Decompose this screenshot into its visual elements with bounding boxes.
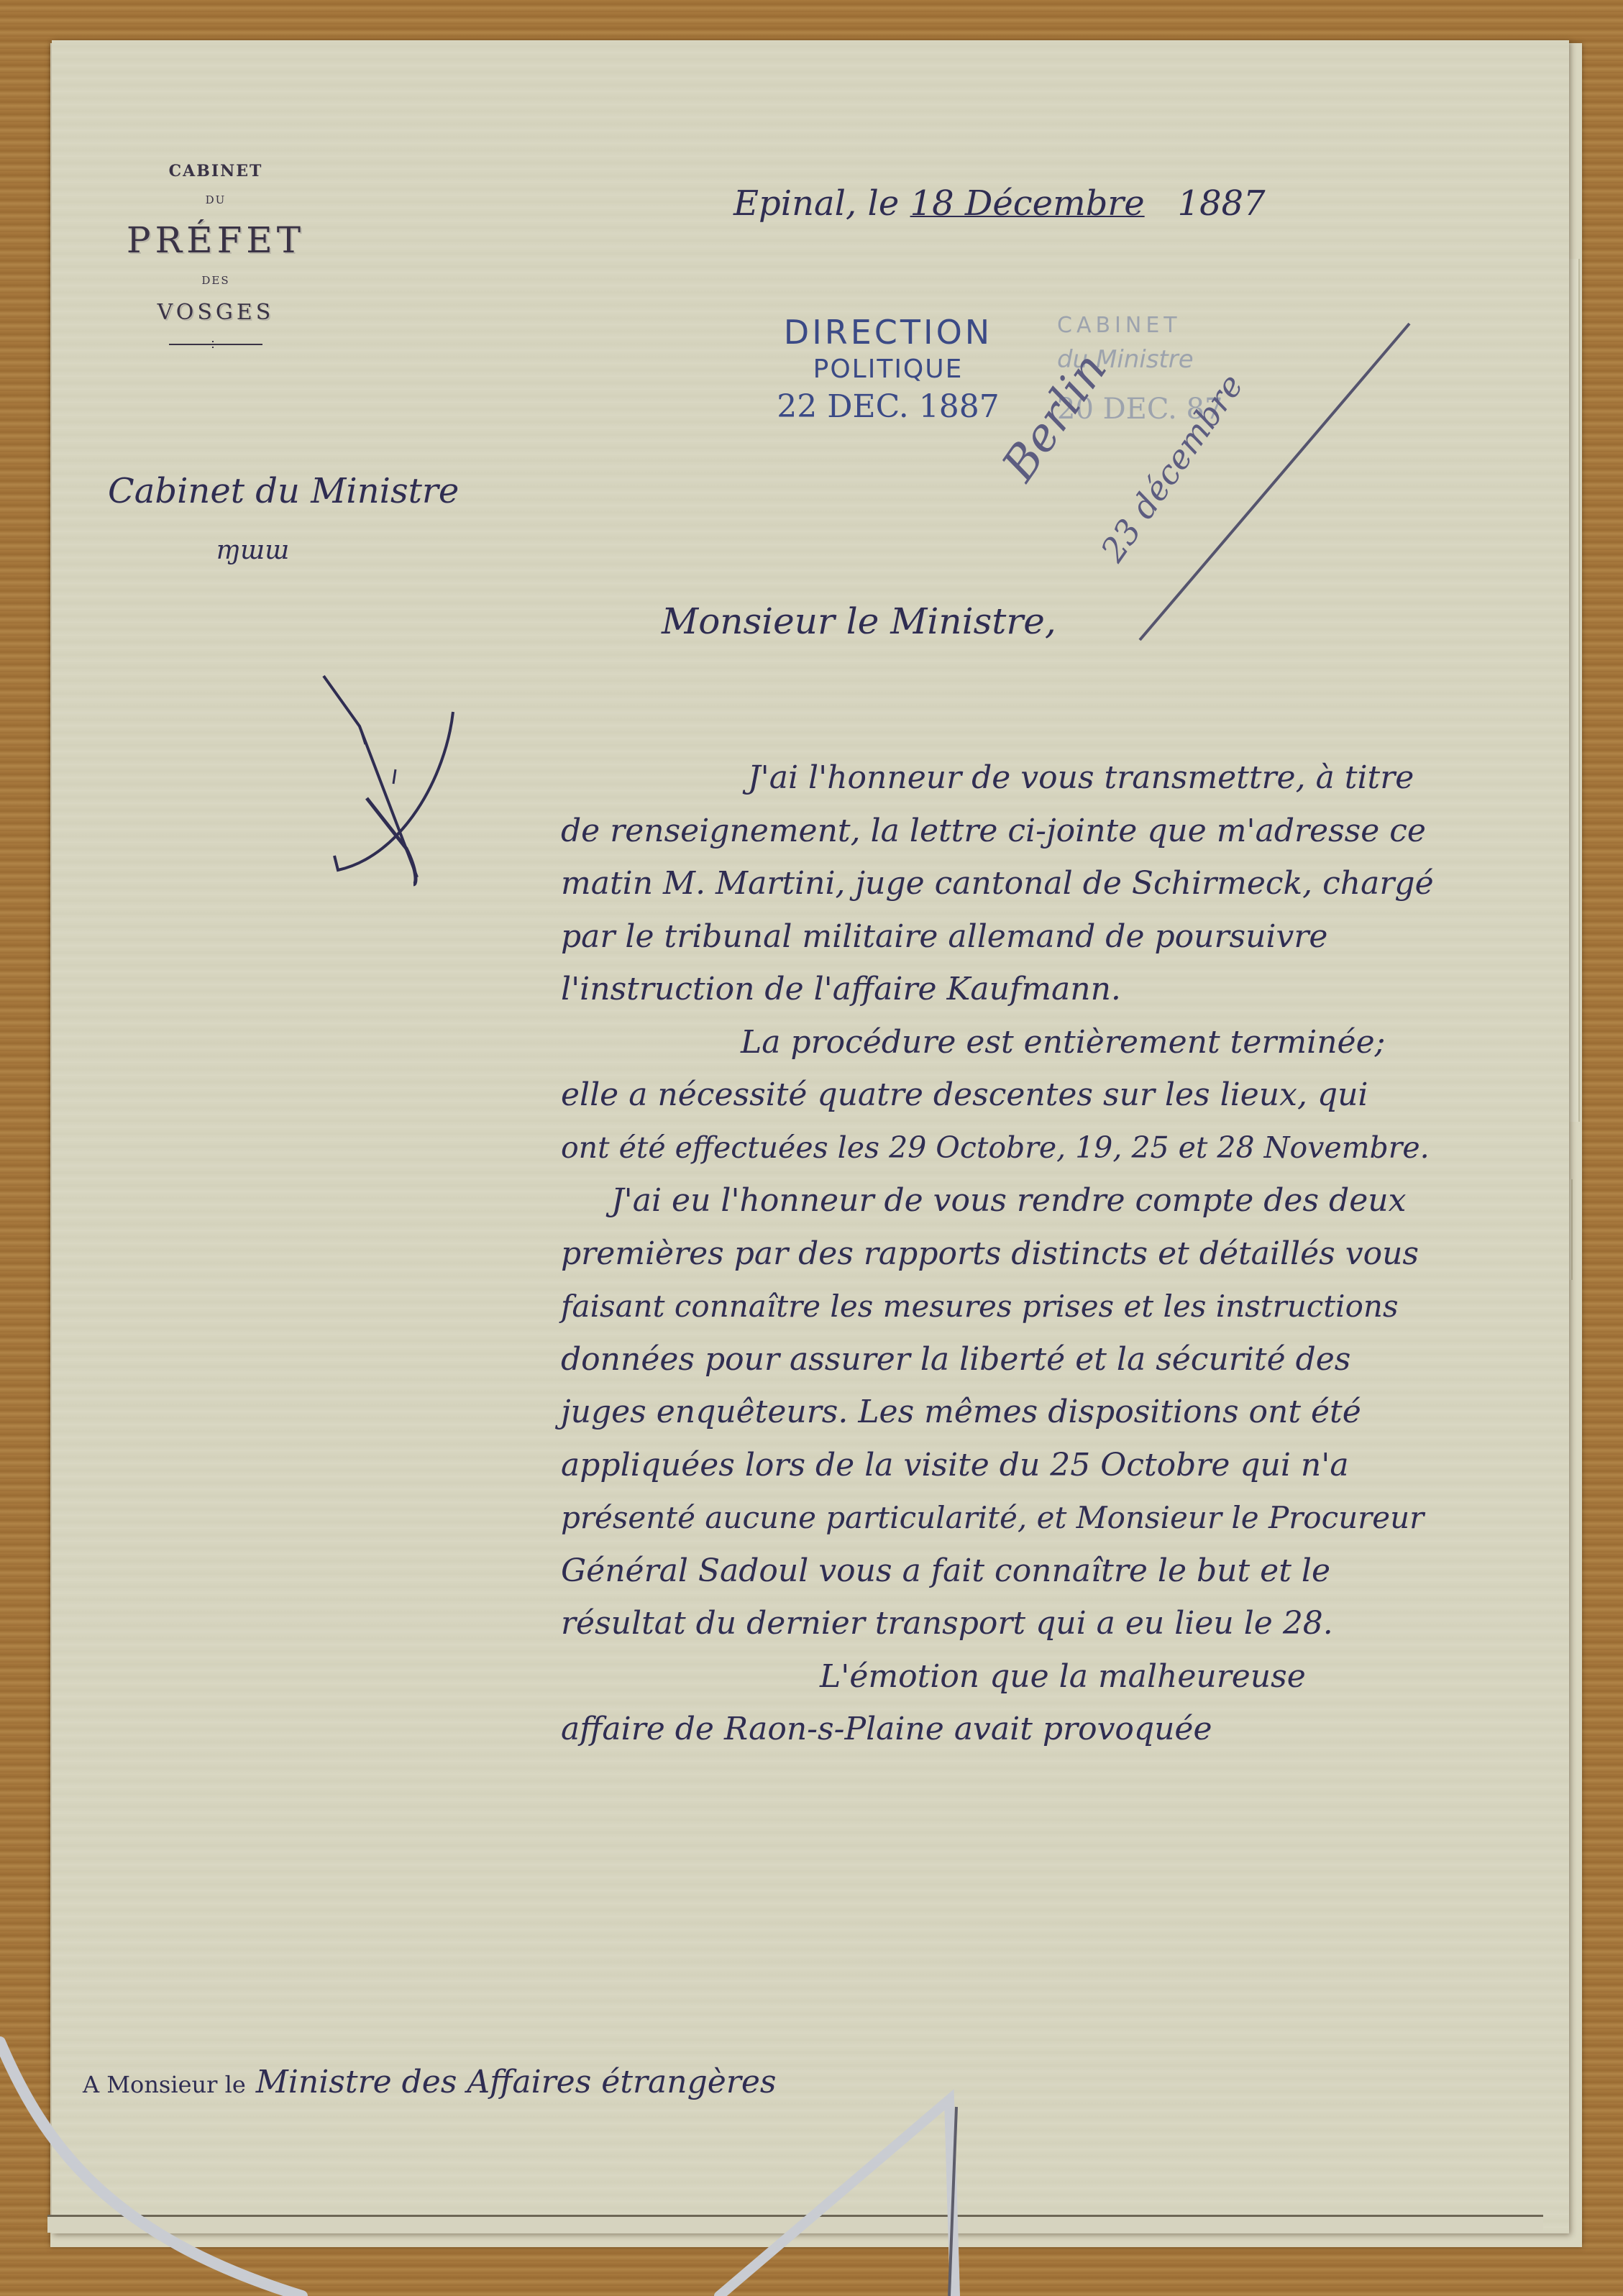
body-line: faisant connaître les mesures prises et … xyxy=(561,1280,1539,1333)
margin-note-flourish: ɱɯɯ xyxy=(216,536,289,565)
body-line: données pour assurer la liberté et la sé… xyxy=(561,1333,1539,1386)
body-line: matin M. Martini, juge cantonal de Schir… xyxy=(561,857,1539,910)
letterhead-cabinet: CABINET xyxy=(93,162,338,180)
letterhead: CABINET DU PRÉFET DES VOSGES xyxy=(93,162,338,348)
margin-note-cabinet: Cabinet du Ministre xyxy=(108,471,459,511)
letterhead-prefet: PRÉFET xyxy=(93,219,338,261)
dateline: Epinal, le 18 Décembre 1887 xyxy=(733,183,1266,224)
body-line: résultat du dernier transport qui a eu l… xyxy=(561,1597,1539,1650)
letterhead-vosges: VOSGES xyxy=(93,300,338,325)
body-line: l'instruction de l'affaire Kaufmann. xyxy=(561,963,1539,1016)
addressee-handwritten: Ministre des Affaires étrangères xyxy=(256,2064,777,2100)
body-line: ont été effectuées les 29 Octobre, 19, 2… xyxy=(561,1122,1539,1175)
body-line: elle a nécessité quatre descentes sur le… xyxy=(561,1069,1539,1122)
body-line: J'ai l'honneur de vous transmettre, à ti… xyxy=(561,751,1539,805)
body-line: par le tribunal militaire allemand de po… xyxy=(561,910,1539,964)
body-line: appliquées lors de la visite du 25 Octob… xyxy=(561,1439,1539,1492)
body-line: L'émotion que la malheureuse xyxy=(561,1650,1539,1703)
letter-body: J'ai l'honneur de vous transmettre, à ti… xyxy=(561,751,1539,1756)
dateline-day-month: 18 Décembre xyxy=(910,183,1145,224)
addressee-printed-prefix: A Monsieur le xyxy=(83,2071,246,2098)
stamp-cabinet-label: CABINET xyxy=(1057,313,1287,338)
body-line: affaire de Raon-s-Plaine avait provoquée xyxy=(561,1703,1539,1756)
ornament-rule-icon xyxy=(169,341,262,348)
dateline-year: 1887 xyxy=(1177,183,1265,224)
body-line: Général Sadoul vous a fait connaître le … xyxy=(561,1545,1539,1598)
dateline-place: Epinal, le xyxy=(733,183,899,224)
body-line: La procédure est entièrement terminée; xyxy=(561,1016,1539,1069)
body-line: J'ai eu l'honneur de vous rendre compte … xyxy=(561,1174,1539,1227)
stamp-direction-label: DIRECTION xyxy=(748,313,1028,352)
body-line: présenté aucune particularité, et Monsie… xyxy=(561,1491,1539,1545)
stamp-direction-date: 22 DEC. 1887 xyxy=(748,388,1028,425)
letterhead-des: DES xyxy=(93,274,338,287)
addressee-line: A Monsieur le Ministre des Affaires étra… xyxy=(83,2064,776,2100)
letterhead-du: DU xyxy=(93,193,338,206)
lower-page-edge xyxy=(47,2215,1543,2233)
stamp-politique-label: POLITIQUE xyxy=(748,355,1028,384)
body-line: de renseignement, la lettre ci-jointe qu… xyxy=(561,805,1539,858)
salutation: Monsieur le Ministre, xyxy=(662,600,1056,642)
body-line: juges enquêteurs. Les mêmes dispositions… xyxy=(561,1386,1539,1439)
direction-politique-stamp: DIRECTION POLITIQUE 22 DEC. 1887 xyxy=(748,313,1028,425)
body-line: premières par des rapports distincts et … xyxy=(561,1227,1539,1281)
